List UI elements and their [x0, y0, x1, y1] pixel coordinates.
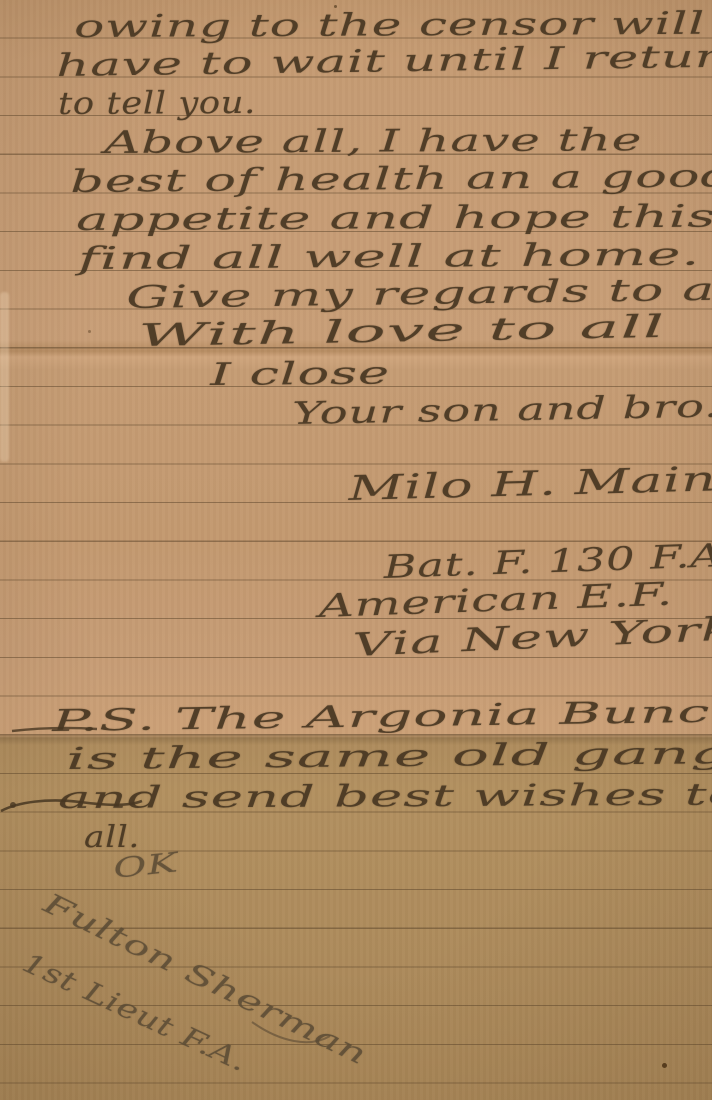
letter-body-line-9: With love to all	[138, 310, 665, 353]
letter-body-line-1: owing to the censor will	[74, 7, 705, 44]
closing-line: Your son and bro.	[292, 390, 712, 432]
postscript-line-3: and send best wishes to	[58, 778, 712, 815]
letter-body-line-3: to tell you.	[58, 86, 256, 121]
letter-body-line-7: find all well at home.	[78, 238, 700, 276]
letter-body-line-6: appetite and hope this	[76, 200, 712, 237]
postscript-line-1: P.S. The Argonia Bunch	[52, 695, 712, 738]
letter-body-line-10: I close	[210, 356, 390, 392]
censor-approval-mark: OK	[112, 848, 180, 884]
letter-page: owing to the censor will have to wait un…	[0, 0, 712, 1100]
postscript-line-2: is the same old gang	[66, 737, 712, 776]
paper-speck	[334, 5, 337, 8]
paper-speck	[88, 330, 91, 333]
signature-name: Milo H. Main.	[348, 461, 712, 508]
fold-edge-highlight	[0, 292, 9, 462]
letter-body-line-4: Above all, I have the	[104, 123, 642, 160]
postscript-line-4: all.	[84, 821, 140, 854]
letter-body-line-5: best of health an a good	[70, 159, 712, 199]
paper-speck	[662, 1063, 667, 1068]
letter-body-line-2: have to wait until I return	[56, 39, 712, 83]
